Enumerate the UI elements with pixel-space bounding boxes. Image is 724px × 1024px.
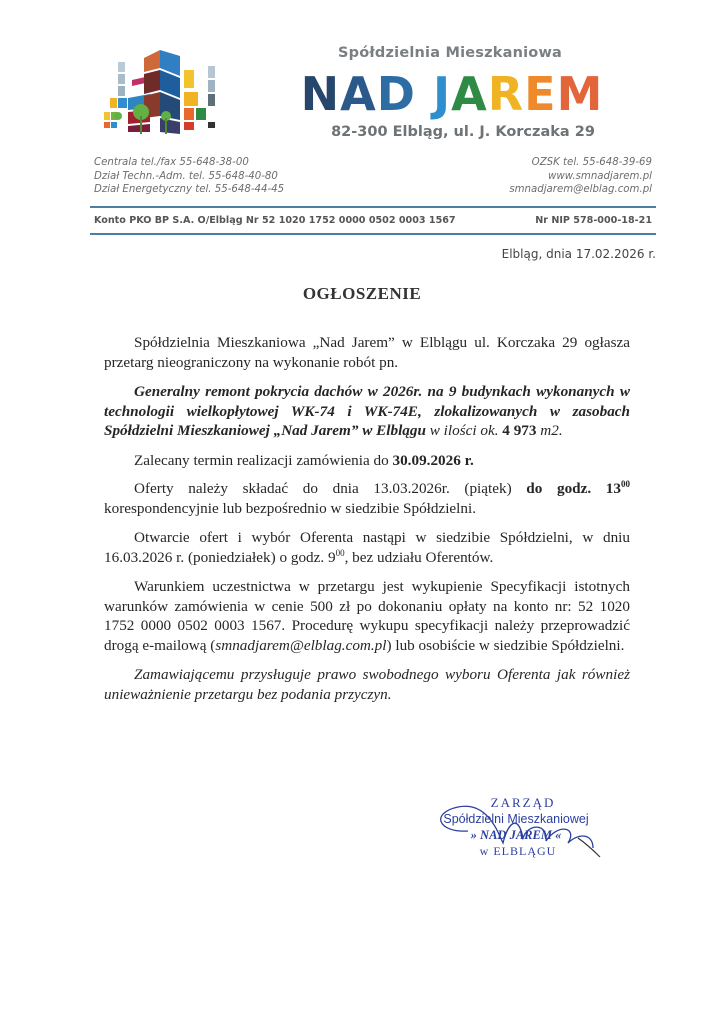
brand-letter: J [433, 69, 451, 119]
colorful-buildings-logo-icon [104, 50, 244, 142]
phone-technical: Dział Techn.-Adm. tel. 55-648-40-80 [94, 170, 284, 184]
paragraph-reservation: Zamawiającemu przysługuje prawo swobodne… [104, 665, 630, 704]
cooperative-address: 82-300 Elbląg, ul. J. Korczaka 29 [318, 124, 608, 140]
nip-number: Nr NIP 578-000-18-21 [535, 215, 652, 226]
submission-rest: korespondencyjnie lub bezpośrednio w sie… [104, 500, 476, 517]
date-line: Elbląg, dnia 17.02.2026 r. [502, 247, 656, 261]
brand-name: NAD JAREM [287, 69, 617, 119]
contact-online: OZSK tel. 55-648-39-69 www.smnadjarem.pl… [509, 156, 652, 197]
announcement-body: Spółdzielnia Mieszkaniowa „Nad Jarem” w … [104, 333, 630, 714]
bank-account: Konto PKO BP S.A. O/Elbląg Nr 52 1020 17… [94, 215, 456, 226]
submission-minutes: 00 [621, 479, 630, 489]
brand-letter: A [451, 69, 488, 119]
reservation-text: Zamawiającemu przysługuje prawo swobodne… [104, 666, 630, 703]
paragraph-opening: Otwarcie ofert i wybór Oferenta nastąpi … [104, 528, 630, 567]
deadline-label: Zalecany termin realizacji zamówienia do [134, 452, 392, 469]
board-stamp-signature: ZARZĄD Spółdzielni Mieszkaniowej » NAD J… [428, 793, 618, 867]
paragraph-deadline: Zalecany termin realizacji zamówienia do… [104, 451, 630, 471]
opening-rest: , bez udziału Oferentów. [345, 549, 494, 566]
svg-text:w ELBLĄGU: w ELBLĄGU [480, 844, 557, 858]
website-link[interactable]: www.smnadjarem.pl [509, 170, 652, 184]
opening-minutes: 00 [336, 547, 345, 557]
header-divider-top [90, 206, 656, 208]
brand-letter [416, 69, 433, 119]
header-divider-bottom [90, 233, 656, 235]
document-title: OGŁOSZENIE [0, 284, 724, 304]
brand-letter: N [301, 69, 341, 119]
submission-hour: do godz. 13 [526, 480, 621, 497]
paragraph-scope: Generalny remont pokrycia dachów w 2026r… [104, 382, 630, 441]
phone-energy: Dział Energetyczny tel. 55-648-44-45 [94, 183, 284, 197]
paragraph-conditions: Warunkiem uczestnictwa w przetargu jest … [104, 577, 630, 655]
paragraph-submission: Oferty należy składać do dnia 13.03.2026… [104, 479, 630, 518]
paragraph-intro: Spółdzielnia Mieszkaniowa „Nad Jarem” w … [104, 333, 630, 372]
contact-phones: Centrala tel./fax 55-648-38-00 Dział Tec… [94, 156, 284, 197]
cooperative-name: Spółdzielnia Mieszkaniowa [300, 45, 600, 61]
svg-text:» NAD JAREM «: » NAD JAREM « [470, 828, 562, 842]
scope-qty-label: w ilości ok. [426, 422, 502, 439]
phone-ozsk: OZSK tel. 55-648-39-69 [509, 156, 652, 170]
brand-letter: D [377, 69, 416, 119]
svg-text:ZARZĄD: ZARZĄD [491, 795, 556, 810]
email-link[interactable]: smnadjarem@elblag.com.pl [509, 183, 652, 197]
brand-letter: R [488, 69, 524, 119]
submission-text: Oferty należy składać do dnia 13.03.2026… [134, 480, 526, 497]
scope-unit: m2. [536, 422, 562, 439]
conditions-email-link[interactable]: smnadjarem@elblag.com.pl [215, 637, 386, 654]
deadline-date: 30.09.2026 r. [392, 452, 473, 469]
conditions-rest: ) lub osobiście w siedzibie Spółdzielni. [387, 637, 625, 654]
brand-letter: M [557, 69, 604, 119]
phone-central: Centrala tel./fax 55-648-38-00 [94, 156, 284, 170]
brand-letter: E [524, 69, 556, 119]
brand-letter: A [340, 69, 377, 119]
scope-amount: 4 973 [502, 422, 536, 439]
